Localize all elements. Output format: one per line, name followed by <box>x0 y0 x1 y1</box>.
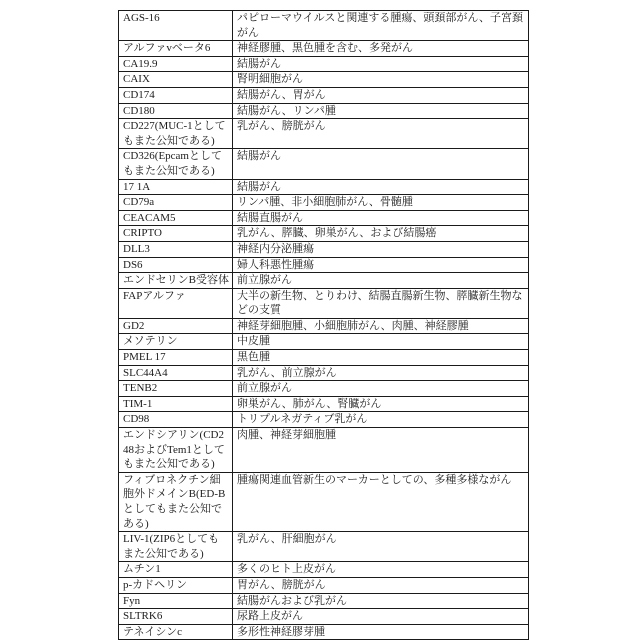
table-row: CRIPTO乳がん、膵臓、卵巣がん、および結腸癌 <box>119 226 529 242</box>
indications-cell: トリプルネガティブ乳がん <box>233 412 529 428</box>
antigen-name-cell: CA19.9 <box>119 56 233 72</box>
antigen-name-cell: CD326(Epcamとしてもまた公知である) <box>119 149 233 179</box>
table-row: Fyn結腸がんおよび乳がん <box>119 593 529 609</box>
table-row: CD180結腸がん、リンパ腫 <box>119 103 529 119</box>
indications-cell: 黒色腫 <box>233 350 529 366</box>
table-row: CD174結腸がん、胃がん <box>119 87 529 103</box>
table-row: CD98トリプルネガティブ乳がん <box>119 412 529 428</box>
antigen-name-cell: アルファvベータ6 <box>119 41 233 57</box>
table-row: GD2神経芽細胞腫、小細胞肺がん、肉腫、神経膠腫 <box>119 318 529 334</box>
indications-cell: 乳がん、前立腺がん <box>233 365 529 381</box>
indications-cell: 乳がん、肝細胞がん <box>233 532 529 562</box>
antigen-name-cell: CEACAM5 <box>119 210 233 226</box>
table-row: CD326(Epcamとしてもまた公知である)結腸がん <box>119 149 529 179</box>
indications-cell: 大半の新生物、とりわけ、結腸直腸新生物、膵臓新生物などの支質 <box>233 288 529 318</box>
indications-cell: 結腸がん、胃がん <box>233 87 529 103</box>
table-row: p-カドヘリン胃がん、膀胱がん <box>119 577 529 593</box>
antigen-name-cell: DLL3 <box>119 241 233 257</box>
antigen-name-cell: Fyn <box>119 593 233 609</box>
indications-cell: 乳がん、膀胱がん <box>233 119 529 149</box>
antigen-name-cell: ムチン1 <box>119 562 233 578</box>
table-row: SLC44A4乳がん、前立腺がん <box>119 365 529 381</box>
indications-cell: 腫瘍関連血管新生のマーカーとしての、多種多様ながん <box>233 472 529 531</box>
antigen-table: AGS-16パピローマウイルスと関連する腫瘍、頭頚部がん、子宮頚がんアルファvベ… <box>118 10 529 640</box>
table-row: フィブロネクチン細胞外ドメインB(ED-Bとしてもまた公知である)腫瘍関連血管新… <box>119 472 529 531</box>
antigen-name-cell: CRIPTO <box>119 226 233 242</box>
table-row: PMEL 17黒色腫 <box>119 350 529 366</box>
indications-cell: 結腸がんおよび乳がん <box>233 593 529 609</box>
table-row: LIV-1(ZIP6としてもまた公知である)乳がん、肝細胞がん <box>119 532 529 562</box>
antigen-name-cell: メソテリン <box>119 334 233 350</box>
table-row: CAIX腎明細胞がん <box>119 72 529 88</box>
indications-cell: 多形性神経膠芽腫 <box>233 624 529 640</box>
antigen-table-body: AGS-16パピローマウイルスと関連する腫瘍、頭頚部がん、子宮頚がんアルファvベ… <box>119 11 529 640</box>
antigen-name-cell: CD180 <box>119 103 233 119</box>
indications-cell: 卵巣がん、肺がん、腎臓がん <box>233 396 529 412</box>
table-row: TIM-1卵巣がん、肺がん、腎臓がん <box>119 396 529 412</box>
antigen-name-cell: CD79a <box>119 195 233 211</box>
indications-cell: 結腸がん、リンパ腫 <box>233 103 529 119</box>
indications-cell: 結腸がん <box>233 56 529 72</box>
table-row: TENB2前立腺がん <box>119 381 529 397</box>
table-row: FAPアルファ大半の新生物、とりわけ、結腸直腸新生物、膵臓新生物などの支質 <box>119 288 529 318</box>
indications-cell: 結腸がん <box>233 149 529 179</box>
indications-cell: 婦人科悪性腫瘍 <box>233 257 529 273</box>
antigen-name-cell: FAPアルファ <box>119 288 233 318</box>
indications-cell: 前立腺がん <box>233 381 529 397</box>
table-row: エンドシアリン(CD248およびTem1としてもまた公知である)肉腫、神経芽細胞… <box>119 428 529 473</box>
antigen-name-cell: SLC44A4 <box>119 365 233 381</box>
antigen-name-cell: SLTRK6 <box>119 609 233 625</box>
antigen-name-cell: CD174 <box>119 87 233 103</box>
indications-cell: 胃がん、膀胱がん <box>233 577 529 593</box>
table-row: AGS-16パピローマウイルスと関連する腫瘍、頭頚部がん、子宮頚がん <box>119 11 529 41</box>
table-row: CEACAM5結腸直腸がん <box>119 210 529 226</box>
antigen-name-cell: テネイシンc <box>119 624 233 640</box>
antigen-name-cell: DS6 <box>119 257 233 273</box>
table-row: CD79aリンパ腫、非小細胞肺がん、骨髄腫 <box>119 195 529 211</box>
table-row: ムチン1多くのヒト上皮がん <box>119 562 529 578</box>
indications-cell: 腎明細胞がん <box>233 72 529 88</box>
table-row: 17 1A結腸がん <box>119 179 529 195</box>
table-row: テネイシンc多形性神経膠芽腫 <box>119 624 529 640</box>
indications-cell: 多くのヒト上皮がん <box>233 562 529 578</box>
table-row: CD227(MUC-1としてもまた公知である)乳がん、膀胱がん <box>119 119 529 149</box>
indications-cell: 中皮腫 <box>233 334 529 350</box>
antigen-name-cell: 17 1A <box>119 179 233 195</box>
antigen-name-cell: フィブロネクチン細胞外ドメインB(ED-Bとしてもまた公知である) <box>119 472 233 531</box>
antigen-name-cell: CD227(MUC-1としてもまた公知である) <box>119 119 233 149</box>
antigen-name-cell: LIV-1(ZIP6としてもまた公知である) <box>119 532 233 562</box>
antigen-name-cell: AGS-16 <box>119 11 233 41</box>
table-row: SLTRK6尿路上皮がん <box>119 609 529 625</box>
antigen-name-cell: TIM-1 <box>119 396 233 412</box>
antigen-name-cell: エンドシアリン(CD248およびTem1としてもまた公知である) <box>119 428 233 473</box>
table-row: エンドセリンB受容体前立腺がん <box>119 273 529 289</box>
indications-cell: 神経内分泌腫瘍 <box>233 241 529 257</box>
antigen-name-cell: CAIX <box>119 72 233 88</box>
antigen-name-cell: CD98 <box>119 412 233 428</box>
antigen-name-cell: p-カドヘリン <box>119 577 233 593</box>
indications-cell: リンパ腫、非小細胞肺がん、骨髄腫 <box>233 195 529 211</box>
indications-cell: 尿路上皮がん <box>233 609 529 625</box>
antigen-name-cell: GD2 <box>119 318 233 334</box>
antigen-name-cell: PMEL 17 <box>119 350 233 366</box>
indications-cell: 神経膠腫、黒色腫を含む、多発がん <box>233 41 529 57</box>
table-row: DS6婦人科悪性腫瘍 <box>119 257 529 273</box>
table-row: DLL3神経内分泌腫瘍 <box>119 241 529 257</box>
antigen-name-cell: TENB2 <box>119 381 233 397</box>
indications-cell: 結腸直腸がん <box>233 210 529 226</box>
indications-cell: パピローマウイルスと関連する腫瘍、頭頚部がん、子宮頚がん <box>233 11 529 41</box>
indications-cell: 乳がん、膵臓、卵巣がん、および結腸癌 <box>233 226 529 242</box>
antigen-name-cell: エンドセリンB受容体 <box>119 273 233 289</box>
document-page: AGS-16パピローマウイルスと関連する腫瘍、頭頚部がん、子宮頚がんアルファvベ… <box>0 0 640 640</box>
indications-cell: 前立腺がん <box>233 273 529 289</box>
indications-cell: 肉腫、神経芽細胞腫 <box>233 428 529 473</box>
table-row: アルファvベータ6神経膠腫、黒色腫を含む、多発がん <box>119 41 529 57</box>
indications-cell: 神経芽細胞腫、小細胞肺がん、肉腫、神経膠腫 <box>233 318 529 334</box>
table-row: CA19.9結腸がん <box>119 56 529 72</box>
indications-cell: 結腸がん <box>233 179 529 195</box>
table-row: メソテリン中皮腫 <box>119 334 529 350</box>
